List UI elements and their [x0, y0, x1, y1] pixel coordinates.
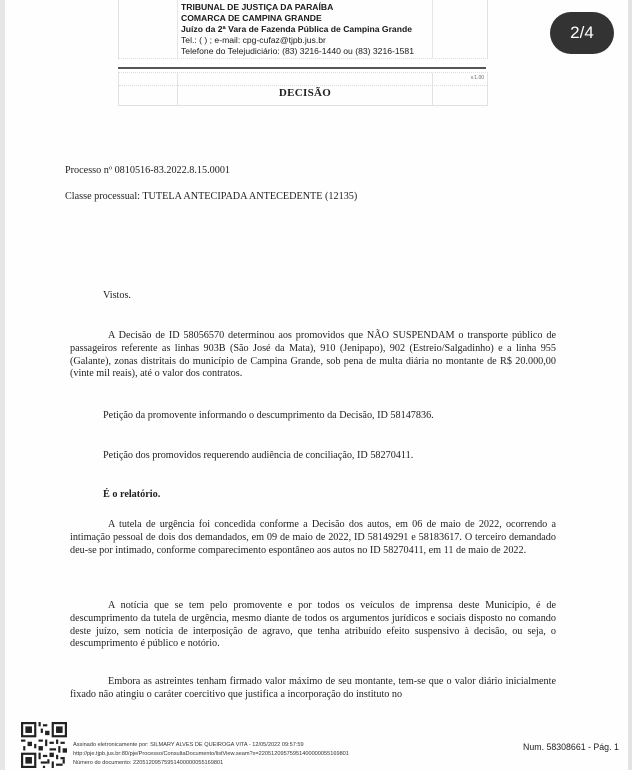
court-section: Juízo da 2ª Vara de Fazenda Pública de C…: [181, 24, 441, 35]
header-divider: [118, 67, 486, 69]
header-logo-cell: [119, 0, 178, 58]
page-indicator: 2/4: [550, 12, 614, 54]
paragraph-petition-promovidos: Petição dos promovidos requerendo audiên…: [103, 450, 413, 461]
paragraph-astreintes: Embora as astreintes tenham firmado valo…: [70, 676, 556, 702]
qr-code-icon: [21, 722, 67, 768]
opening-vistos: Vistos.: [103, 290, 131, 301]
contact-info: Tel.: ( ) ; e-mail: cpg-cufaz@tjpb.jus.b…: [181, 35, 441, 46]
title-box: v.1.00 DECISÃO: [118, 72, 488, 106]
page-reference: Num. 58308661 - Pág. 1: [523, 742, 619, 752]
paragraph-petition-promovente: Petição da promovente informando o descu…: [103, 410, 434, 421]
district-name: COMARCA DE CAMPINA GRANDE: [181, 13, 441, 24]
document-number: Número do documento: 2205120957595140000…: [73, 760, 223, 766]
court-name: TRIBUNAL DE JUSTIÇA DA PARAÍBA: [181, 2, 441, 13]
title-left-cell: [119, 73, 178, 105]
title-box-rule: [119, 85, 487, 86]
viewer-scrollbar[interactable]: [628, 0, 632, 770]
header-box: TRIBUNAL DE JUSTIÇA DA PARAÍBA COMARCA D…: [118, 0, 488, 59]
paragraph-noncompliance: A notícia que se tem pelo promovente e p…: [70, 600, 556, 651]
document-page: TRIBUNAL DE JUSTIÇA DA PARAÍBA COMARCA D…: [5, 0, 628, 770]
process-number: Processo nº 0810516-83.2022.8.15.0001: [65, 165, 230, 176]
paragraph-urgency-granted: A tutela de urgência foi concedida confo…: [70, 519, 556, 557]
verification-url[interactable]: http://pje.tjpb.jus.br:80/pje/Processo/C…: [73, 751, 349, 757]
telejudiciario-info: Telefone do Telejudiciário: (83) 3216-14…: [181, 46, 441, 57]
process-class: Classe processual: TUTELA ANTECIPADA ANT…: [65, 191, 357, 202]
document-title: DECISÃO: [177, 87, 433, 99]
header-text: TRIBUNAL DE JUSTIÇA DA PARAÍBA COMARCA D…: [181, 2, 441, 57]
version-label: v.1.00: [471, 75, 484, 81]
paragraph-decision-summary: A Decisão de ID 58056570 determinou aos …: [70, 330, 556, 381]
report-heading: É o relatório.: [103, 489, 160, 500]
signature-line: Assinado eletronicamente por: SILMARY AL…: [73, 742, 304, 748]
